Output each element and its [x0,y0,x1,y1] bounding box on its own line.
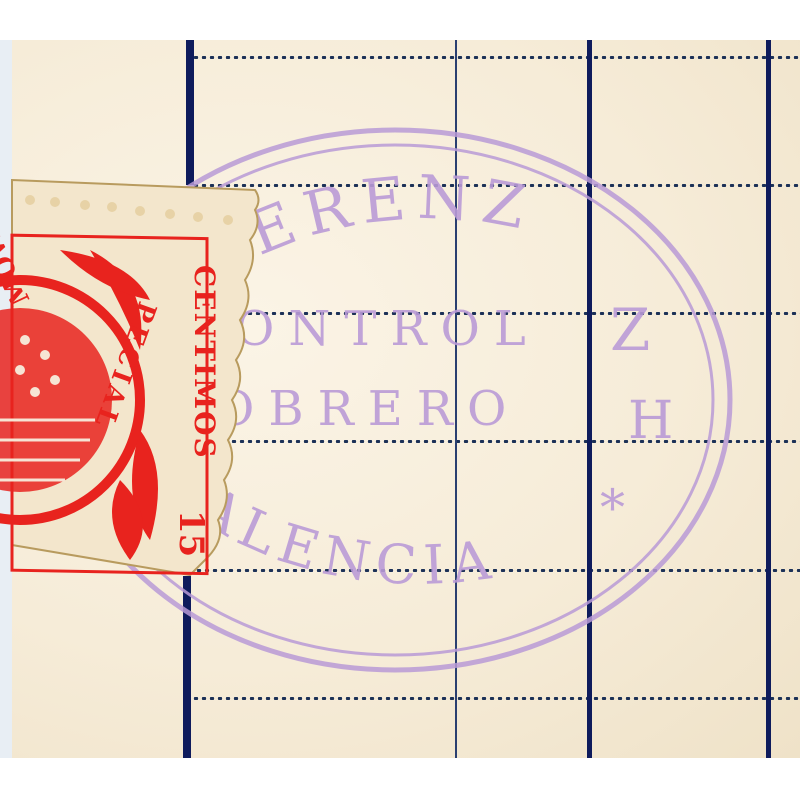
stamp-value-text: 15 [171,510,211,557]
revenue-stamp: CENTIMOS 15 PECIAL MOW [0,0,800,800]
scene: ERENZ ONTROL OBRERO Z H * ALENCIA [0,0,800,800]
stamp-centimos-text: CENTIMOS [188,265,221,460]
